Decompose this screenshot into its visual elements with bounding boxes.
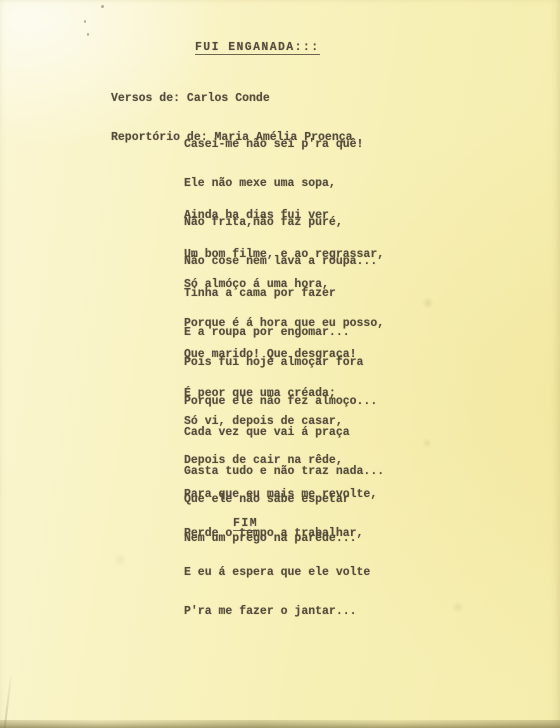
poem-title: FUI ENGANADA::: (195, 41, 320, 55)
poem-line: Perde o tempo a trabalhar, (184, 527, 377, 540)
paper-speck (101, 5, 104, 8)
poem-line: Para que eu mais me revolte, (184, 488, 377, 501)
end-label: FIM (233, 517, 258, 531)
typewritten-page: FUI ENGANADA::: Versos de: Carlos Conde … (0, 0, 560, 728)
poem-line: Que marido! Que desgraça! (184, 348, 384, 361)
paper-speck (84, 20, 86, 23)
paper-bottom-edge (0, 720, 560, 728)
poem-line: Ainda ha dias fui ver (184, 209, 384, 222)
poem-stanza-6: Para que eu mais me revolte, Perde o tem… (184, 462, 377, 644)
credit-versos: Versos de: Carlos Conde (111, 92, 353, 105)
poem-line: Só almóço á uma hora, (184, 278, 384, 291)
poem-line: E eu á espera que ele volte (184, 566, 377, 579)
poem-line: Só vi, depois de casar, (184, 415, 357, 428)
poem-line: Casei-me não sei p'ra quê! (184, 138, 377, 151)
paper-speck (87, 33, 89, 36)
poem-line: P'ra me fazer o jantar... (184, 605, 377, 618)
